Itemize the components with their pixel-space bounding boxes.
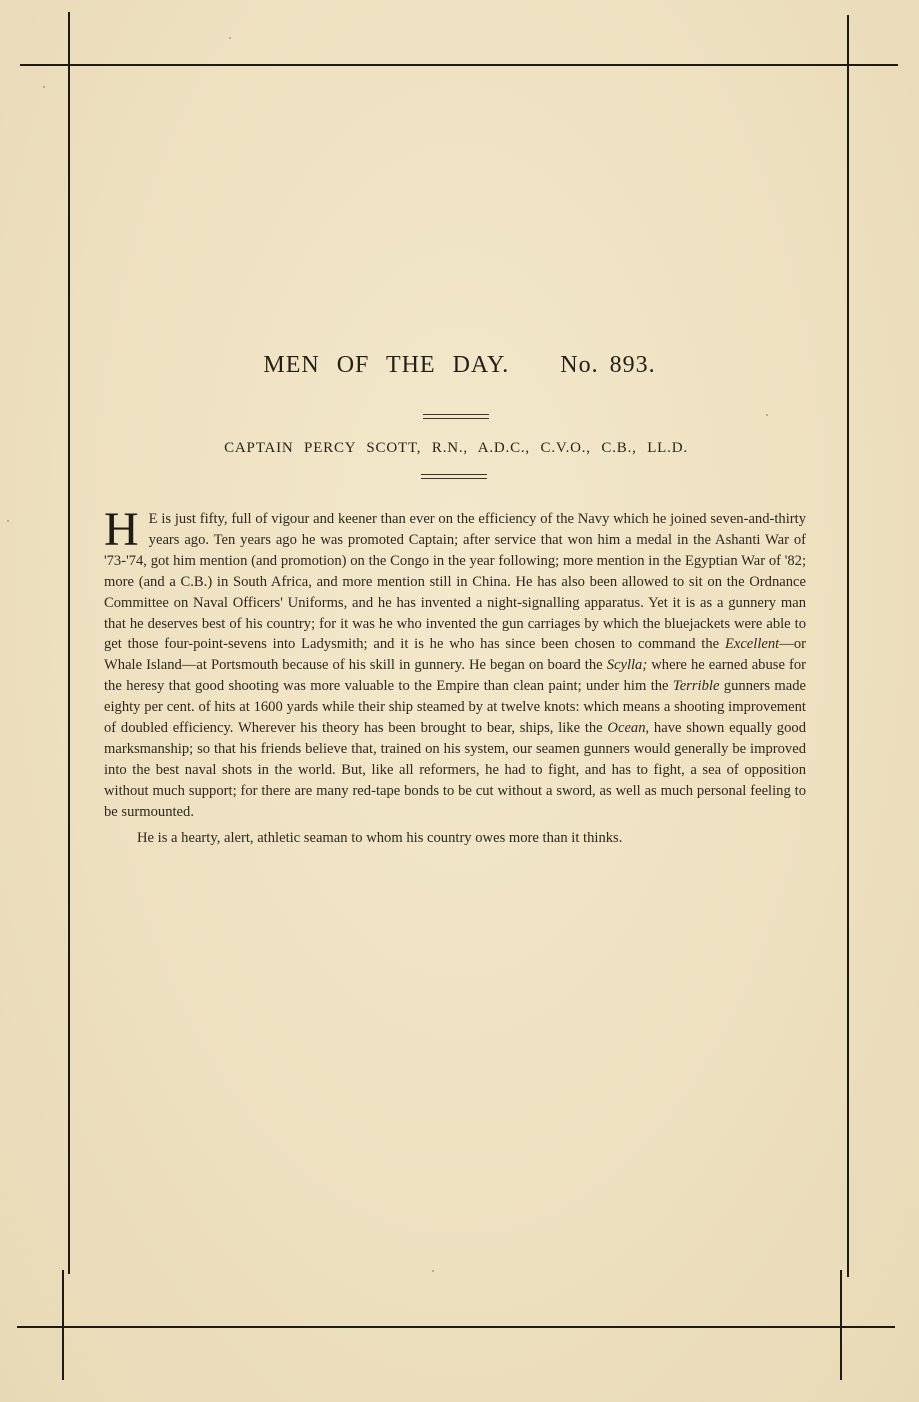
paper-speck [229, 37, 231, 39]
article-body: HE is just fifty, full of vigour and kee… [104, 509, 806, 849]
crop-mark-bottom-right-vertical [840, 1270, 842, 1380]
article-paragraph-2: He is a hearty, alert, athletic seaman t… [104, 828, 806, 849]
title-main: MEN OF THE DAY. [263, 352, 509, 378]
drop-cap: H [104, 512, 139, 550]
title-number: No. 893. [560, 352, 655, 378]
ship-name-ocean: Ocean [607, 720, 645, 736]
crop-mark-top-right-vertical [847, 15, 849, 1277]
paper-speck [7, 520, 9, 522]
article-paragraph-1: HE is just fifty, full of vigour and kee… [104, 509, 806, 823]
ornamental-double-rule-top [423, 414, 489, 419]
ornamental-double-rule-bottom [421, 474, 487, 479]
text-segment: E is just fifty, full of vigour and keen… [104, 511, 806, 652]
crop-mark-bottom-left-vertical [62, 1270, 64, 1380]
ship-name-scylla: Scylla; [607, 657, 648, 673]
paper-speck [432, 1270, 434, 1272]
subject-name-heading: CAPTAIN PERCY SCOTT, R.N., A.D.C., C.V.O… [0, 440, 912, 457]
ship-name-excellent: Excellent [725, 636, 779, 652]
ship-name-terrible: Terrible [673, 678, 720, 694]
paper-speck [43, 86, 45, 88]
bottom-border-rule [17, 1326, 895, 1328]
top-border-rule [20, 64, 898, 66]
crop-mark-top-left-vertical [68, 12, 70, 1274]
page-title: MEN OF THE DAY. No. 893. [0, 352, 919, 379]
paper-speck [766, 414, 768, 416]
